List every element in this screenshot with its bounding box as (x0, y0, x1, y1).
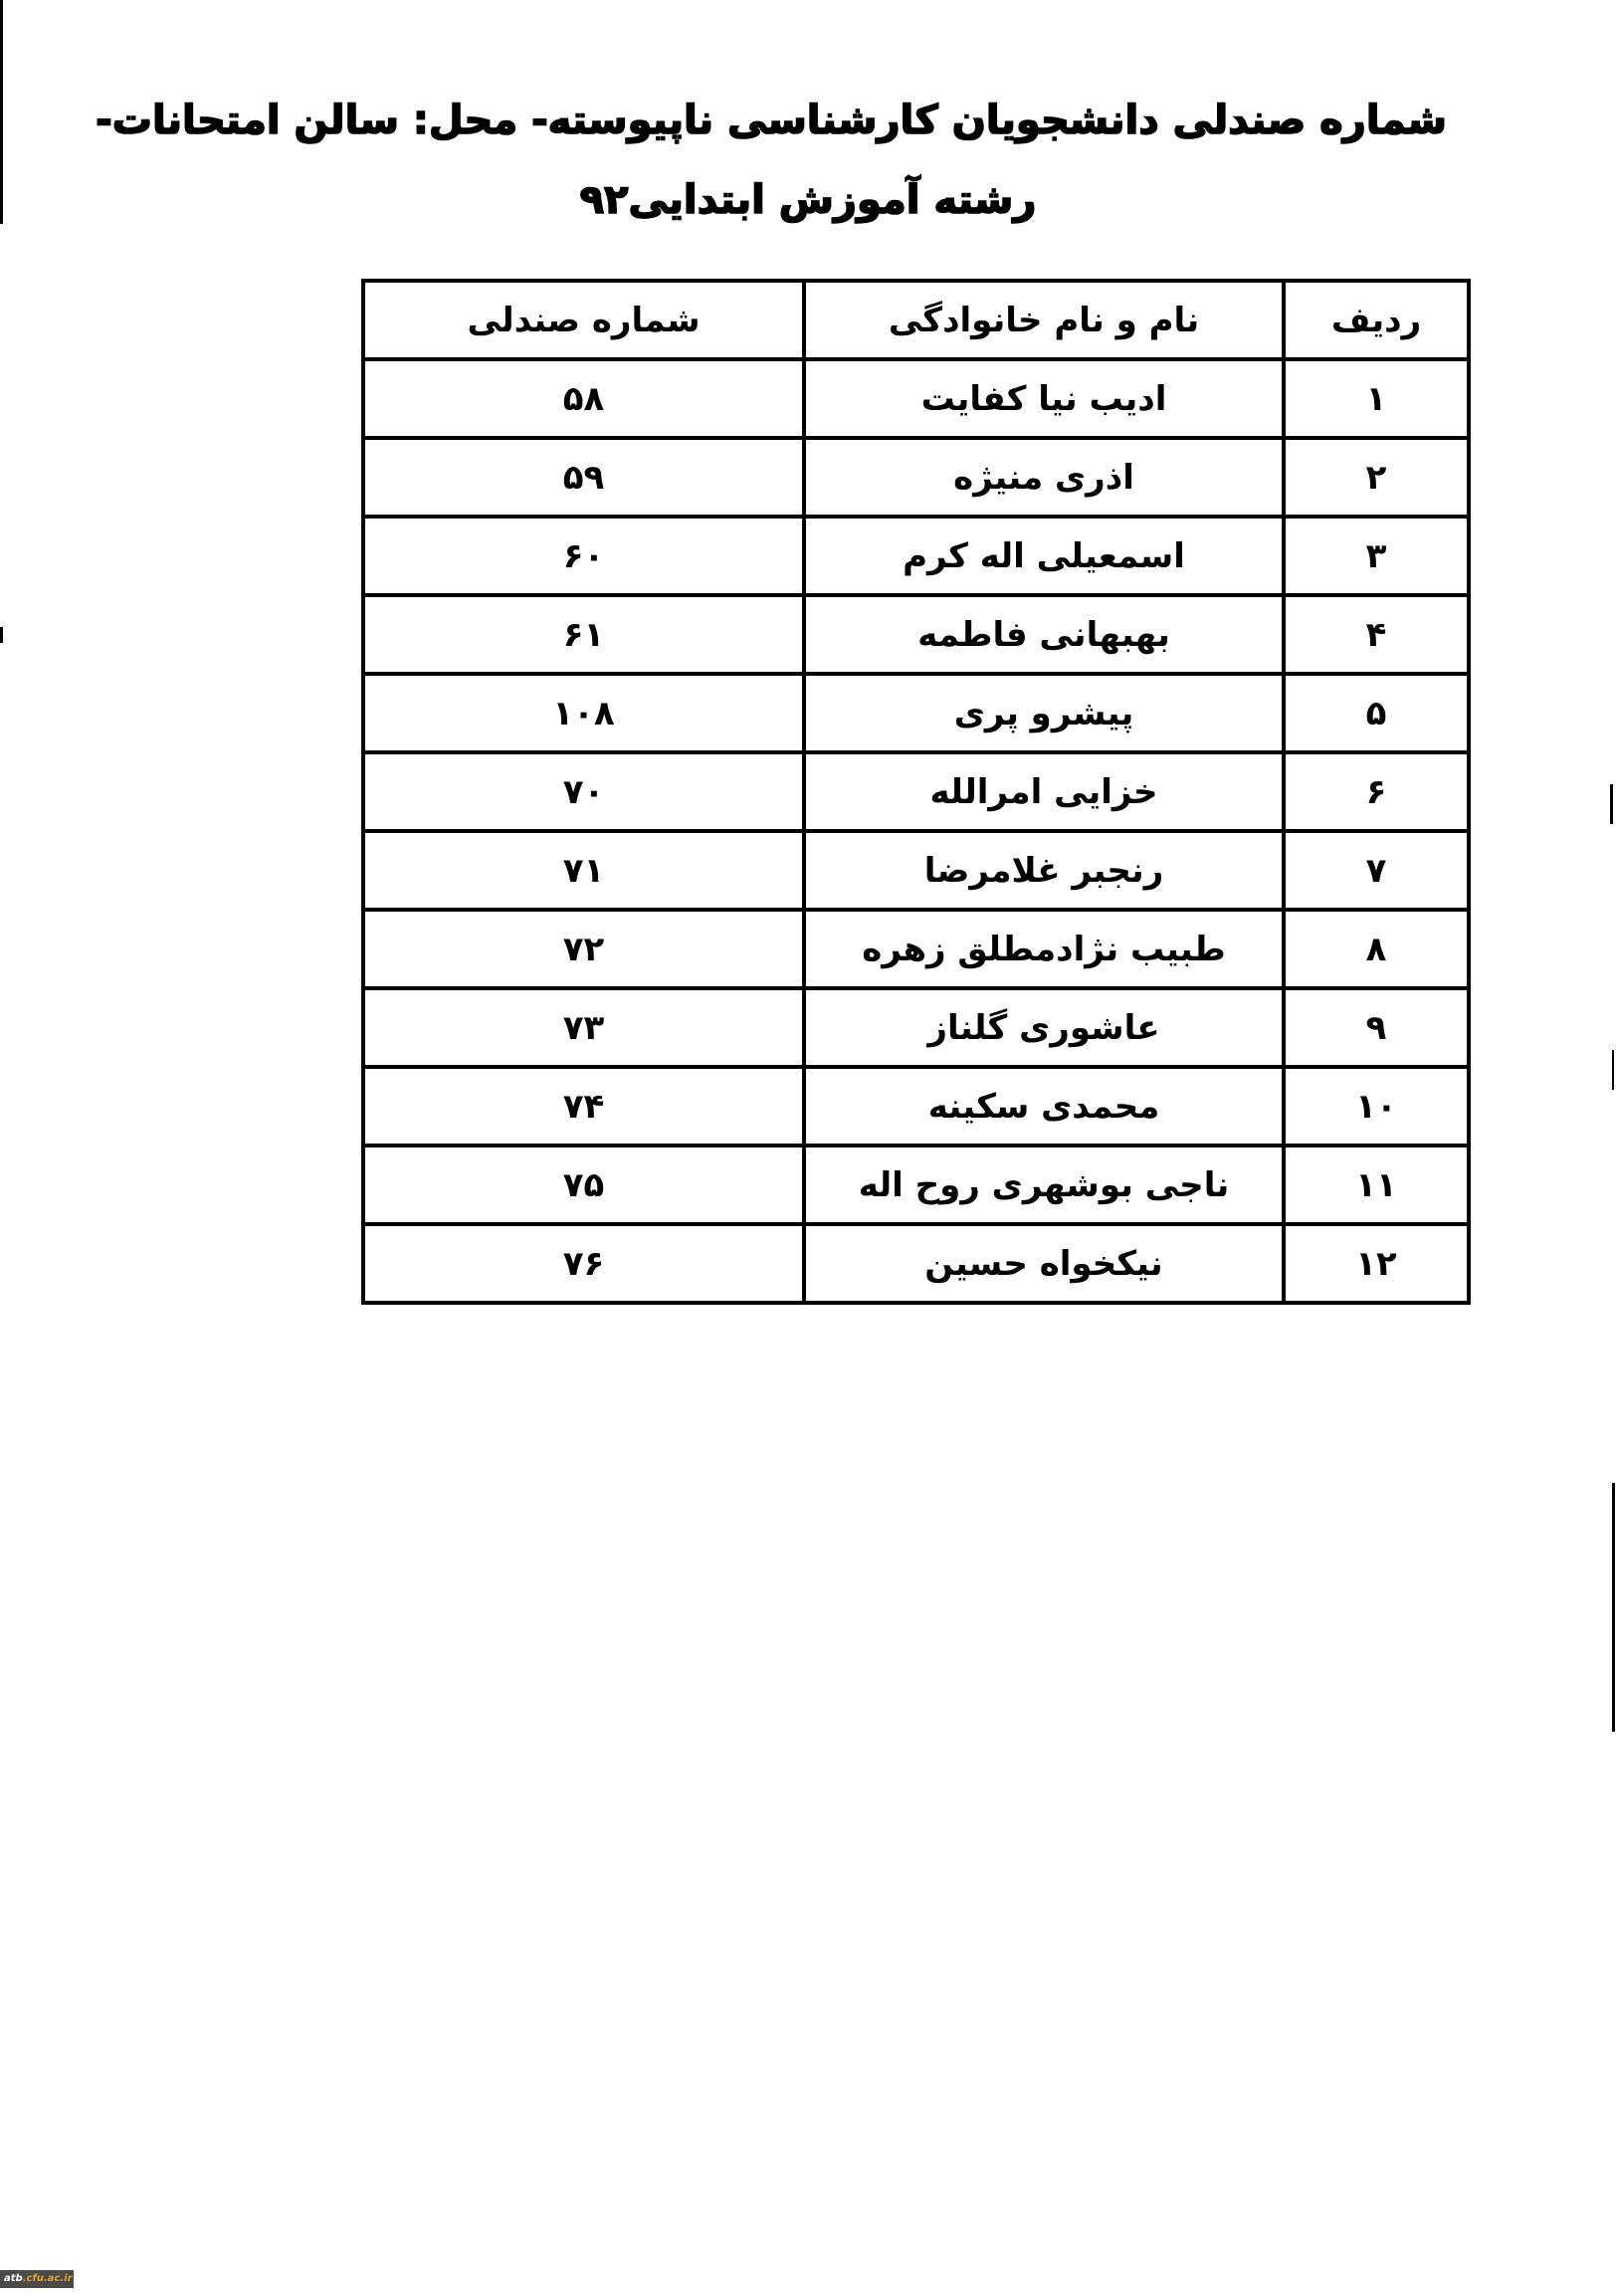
seat-number-cell: ۱۰۸ (363, 674, 804, 752)
seat-number-cell: ۷۳ (363, 988, 804, 1067)
document-title-line-2: رشته آموزش ابتدایی۹۲ (557, 177, 1059, 223)
row-number-cell: ۷ (1284, 831, 1469, 910)
row-number-cell: ۱ (1284, 359, 1469, 438)
scan-edge-mark-right-3 (1612, 1483, 1615, 1732)
full-name-cell: اذری منیژه (804, 438, 1284, 517)
table-row: ۱ ادیب نیا کفایت ۵۸ (363, 359, 1469, 438)
seat-number-cell: ۷۶ (363, 1224, 804, 1303)
table-header-row: ردیف نام و نام خانوادگی شماره صندلی (363, 281, 1469, 359)
row-number-cell: ۵ (1284, 674, 1469, 752)
seat-number-cell: ۷۱ (363, 831, 804, 910)
table-row: ۲ اذری منیژه ۵۹ (363, 438, 1469, 517)
full-name-cell: عاشوری گلناز (804, 988, 1284, 1067)
table-row: ۹ عاشوری گلناز ۷۳ (363, 988, 1469, 1067)
full-name-cell: پیشرو پری (804, 674, 1284, 752)
full-name-cell: ادیب نیا کفایت (804, 359, 1284, 438)
seat-number-cell: ۷۵ (363, 1146, 804, 1224)
full-name-cell: خزایی امرالله (804, 752, 1284, 831)
seat-number-cell: ۵۹ (363, 438, 804, 517)
seat-number-cell: ۵۸ (363, 359, 804, 438)
full-name-cell: بهبهانی فاطمه (804, 595, 1284, 674)
table-row: ۱۱ ناجی بوشهری روح اله ۷۵ (363, 1146, 1469, 1224)
header-row-number: ردیف (1284, 281, 1469, 359)
scan-edge-mark-right-2 (1612, 1050, 1614, 1090)
table-row: ۶ خزایی امرالله ۷۰ (363, 752, 1469, 831)
full-name-cell: طبیب نژادمطلق زهره (804, 910, 1284, 988)
table-row: ۸ طبیب نژادمطلق زهره ۷۲ (363, 910, 1469, 988)
table-row: ۷ رنجبر غلامرضا ۷۱ (363, 831, 1469, 910)
seat-number-cell: ۷۲ (363, 910, 804, 988)
table-row: ۱۰ محمدی سکینه ۷۴ (363, 1067, 1469, 1146)
row-number-cell: ۶ (1284, 752, 1469, 831)
seat-number-cell: ۷۰ (363, 752, 804, 831)
row-number-cell: ۸ (1284, 910, 1469, 988)
row-number-cell: ۹ (1284, 988, 1469, 1067)
watermark-prefix: atb (4, 2273, 23, 2284)
full-name-cell: محمدی سکینه (804, 1067, 1284, 1146)
scan-edge-mark-left-top (0, 0, 3, 224)
seat-number-cell: ۶۱ (363, 595, 804, 674)
row-number-cell: ۱۰ (1284, 1067, 1469, 1146)
full-name-cell: نیکخواه حسین (804, 1224, 1284, 1303)
header-seat-number: شماره صندلی (363, 281, 804, 359)
full-name-cell: اسمعیلی اله کرم (804, 517, 1284, 595)
row-number-cell: ۴ (1284, 595, 1469, 674)
row-number-cell: ۱۲ (1284, 1224, 1469, 1303)
seat-number-cell: ۶۰ (363, 517, 804, 595)
scanned-document-page: شماره صندلی دانشجویان کارشناسی ناپیوسته-… (0, 0, 1616, 2296)
row-number-cell: ۲ (1284, 438, 1469, 517)
row-number-cell: ۱۱ (1284, 1146, 1469, 1224)
seat-assignment-table: ردیف نام و نام خانوادگی شماره صندلی ۱ اد… (361, 279, 1471, 1305)
header-full-name: نام و نام خانوادگی (804, 281, 1284, 359)
table-row: ۳ اسمعیلی اله کرم ۶۰ (363, 517, 1469, 595)
document-title-line-1: شماره صندلی دانشجویان کارشناسی ناپیوسته-… (189, 98, 1447, 143)
scan-edge-mark-left-mid (0, 627, 3, 643)
watermark-domain: .cfu.ac.ir (23, 2273, 73, 2284)
seat-number-cell: ۷۴ (363, 1067, 804, 1146)
full-name-cell: رنجبر غلامرضا (804, 831, 1284, 910)
table-row: ۵ پیشرو پری ۱۰۸ (363, 674, 1469, 752)
table-row: ۴ بهبهانی فاطمه ۶۱ (363, 595, 1469, 674)
row-number-cell: ۳ (1284, 517, 1469, 595)
table-row: ۱۲ نیکخواه حسین ۷۶ (363, 1224, 1469, 1303)
site-watermark: atb.cfu.ac.ir (0, 2270, 74, 2288)
scan-edge-mark-right-1 (1610, 784, 1613, 824)
full-name-cell: ناجی بوشهری روح اله (804, 1146, 1284, 1224)
